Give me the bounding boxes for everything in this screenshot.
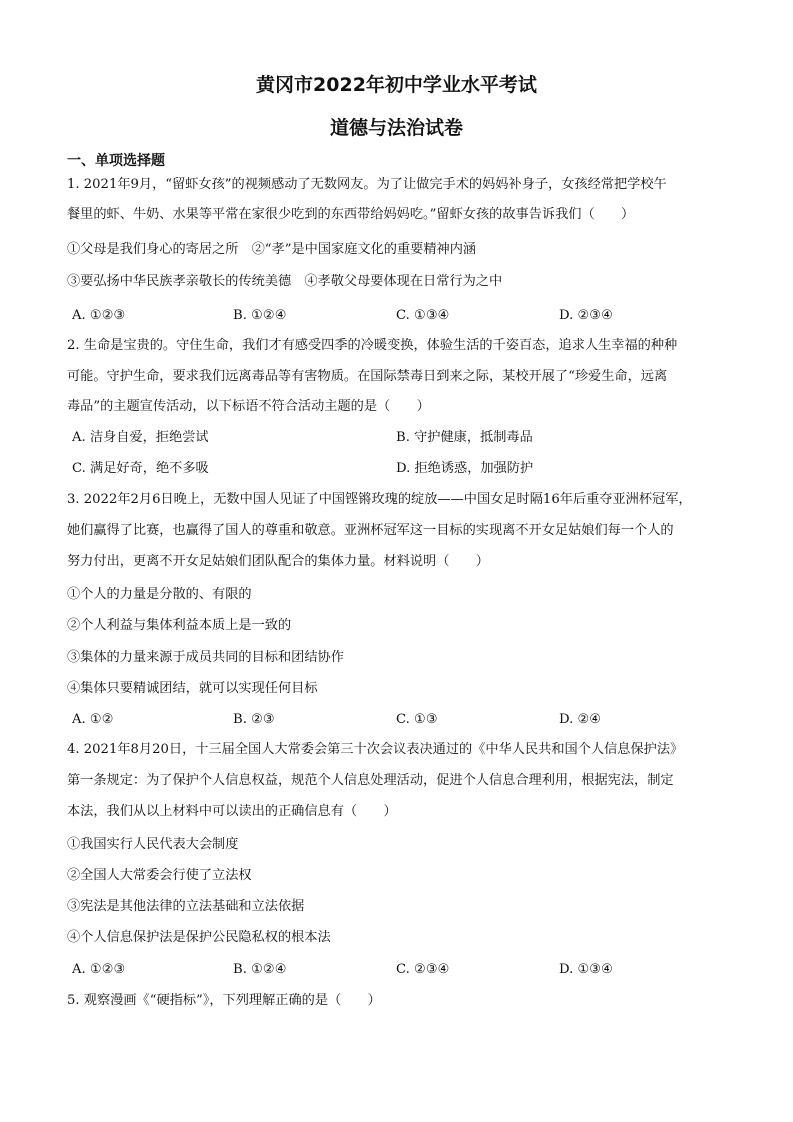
question-stem-line: 2. 生命是宝贵的。守住生命，我们才有感受四季的冷暖变换，体验生活的千姿百态，追… (67, 337, 677, 355)
statement-line: ①我国实行人民代表大会制度 (67, 836, 238, 854)
option-a: A. ①②③ (72, 961, 125, 979)
question-stem-line: 本法，我们从以上材料中可以读出的正确信息有（ ） (67, 803, 397, 821)
statement-line: ②全国人大常委会行使了立法权 (67, 867, 252, 885)
statement-line: ③宪法是其他法律的立法基础和立法依据 (67, 898, 304, 916)
exam-subtitle: 道德与法治试卷 (0, 113, 793, 140)
statement-line: ③集体的力量来源于成员共同的目标和团结协作 (67, 649, 344, 667)
option-b: B. ①②④ (233, 307, 287, 325)
option-c: C. ②③④ (396, 961, 449, 979)
statement-line: ①父母是我们身心的寄居之所 ②“孝”是中国家庭文化的重要精神内涵 (67, 241, 476, 259)
option-a: A. 洁身自爱，拒绝尝试 (72, 429, 209, 447)
option-c: C. ①③ (396, 711, 438, 729)
section-heading: 一、单项选择题 (67, 150, 165, 170)
option-b: B. ②③ (233, 711, 275, 729)
question-stem-line: 可能。守护生命，要求我们远离毒品等有害物质。在国际禁毒日到来之际，某校开展了“珍… (67, 368, 667, 386)
option-b: B. ①②④ (233, 961, 287, 979)
statement-line: ④个人信息保护法是保护公民隐私权的根本法 (67, 929, 331, 947)
option-d: D. 拒绝诱惑，加强防护 (396, 460, 533, 478)
question-stem-line: 她们赢得了比赛，也赢得了国人的尊重和敬意。亚洲杯冠军这一目标的实现离不开女足姑娘… (67, 522, 674, 540)
option-c: C. ①③④ (396, 307, 449, 325)
statement-line: ①个人的力量是分散的、有限的 (67, 586, 252, 604)
statement-line: ④集体只要精诚团结，就可以实现任何目标 (67, 680, 318, 698)
question-stem-line: 1. 2021年9月，“留虾女孩”的视频感动了无数网友。为了让做完手术的妈妈补身… (67, 176, 667, 194)
exam-title: 黄冈市2022年初中学业水平考试 (0, 70, 793, 97)
option-c: C. 满足好奇，绝不多吸 (72, 460, 209, 478)
question-stem-line: 努力付出，更离不开女足姑娘们团队配合的集体力量。材料说明（ ） (67, 553, 489, 571)
question-stem-line: 餐里的虾、牛奶、水果等平常在家很少吃到的东西带给妈妈吃。”留虾女孩的故事告诉我们… (67, 206, 634, 224)
question-stem-line: 第一条规定：为了保护个人信息权益，规范个人信息处理活动，促进个人信息合理利用，根… (67, 772, 674, 790)
option-a: A. ①②③ (72, 307, 125, 325)
option-d: D. ②④ (559, 711, 601, 729)
question-stem-line: 3. 2022年2月6日晚上，无数中国人见证了中国铿锵玫瑰的绽放——中国女足时隔… (67, 491, 692, 509)
option-d: D. ②③④ (559, 307, 613, 325)
statement-line: ③要弘扬中华民族孝亲敬长的传统美德 ④孝敬父母要体现在日常行为之中 (67, 273, 502, 291)
question-stem-line: 4. 2021年8月20日，十三届全国人大常委会第三十次会议表决通过的《中华人民… (67, 741, 683, 759)
question-stem-line: 毒品”的主题宣传活动，以下标语不符合活动主题的是（ ） (67, 398, 430, 416)
option-a: A. ①② (72, 711, 114, 729)
question-stem-line: 5. 观察漫画《“硬指标”》，下列理解正确的是（ ） (67, 992, 381, 1010)
option-b: B. 守护健康，抵制毒品 (396, 429, 533, 447)
statement-line: ②个人利益与集体利益本质上是一致的 (67, 617, 291, 635)
option-d: D. ①③④ (559, 961, 613, 979)
